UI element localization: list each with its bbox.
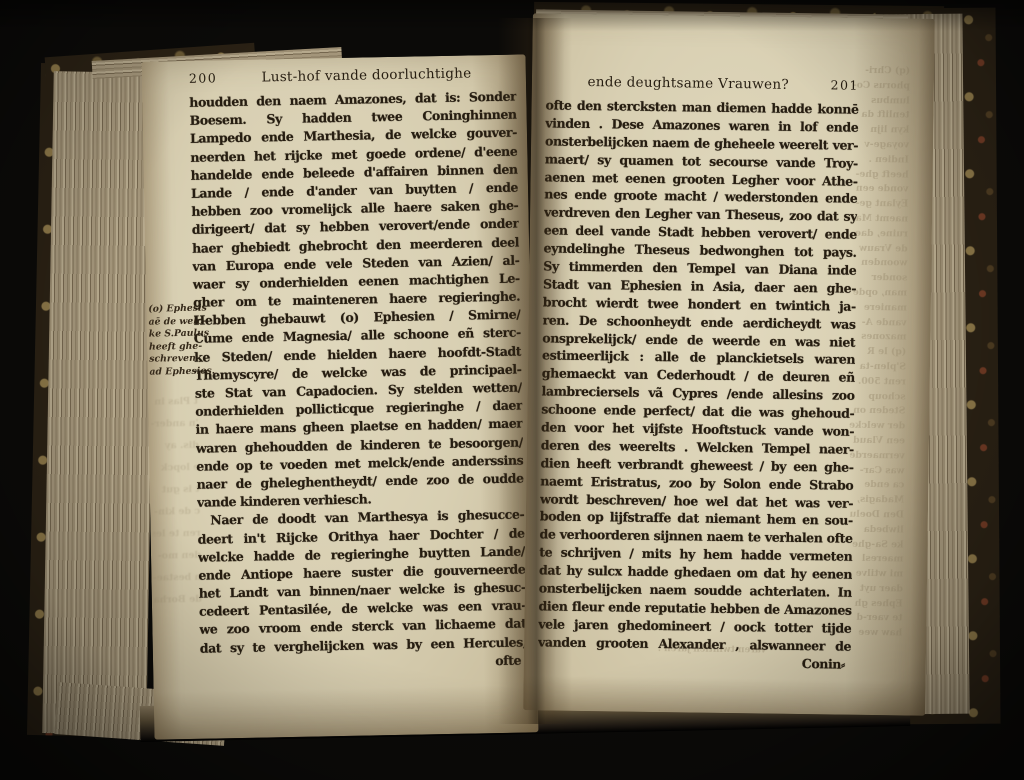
showthrough-fragment: ke Sa-ghe — [847, 537, 903, 553]
showthrough-fragment: phorus Co- — [854, 79, 910, 95]
showthrough-fragment: mazones — [850, 330, 906, 346]
showthrough-fragment: der welcke — [849, 419, 905, 435]
showthrough-fragment: Steden on — [849, 404, 905, 420]
showthrough-fragment: c de kin- — [152, 501, 200, 524]
showthrough-fragment: een Vlaud — [849, 434, 905, 450]
showthrough-fragment: lumbus — [854, 93, 910, 109]
running-header-left: 200 Lust-hof vande doorluchtighe — [189, 65, 516, 87]
showthrough-fragment: ren te les — [152, 523, 200, 546]
margin-note-ephesians: (o) Ephesisaē de welc-ke S.Paulusheeft g… — [148, 303, 195, 379]
showthrough-fragment: den mo- — [153, 545, 201, 568]
showthrough-fragment: vonde een — [852, 182, 908, 198]
showthrough-fragment: sonder — [851, 271, 907, 287]
body-text-left: houdden den naem Amazones, dat is: Sonde… — [189, 88, 527, 676]
showthrough-fragment: ca ende — [848, 478, 904, 494]
ink-showthrough-left-margin: t Plas in'n ander-dis. aye lopckt is gut… — [150, 391, 202, 612]
margin-note-line: schreven , — [149, 353, 195, 366]
showthrough-fragment: voyage-v — [853, 138, 909, 154]
showthrough-fragment: vande A- — [850, 315, 906, 331]
showthrough-fragment: kyn lijn — [853, 123, 909, 139]
showthrough-fragment: Madagis, — [848, 493, 904, 509]
running-title-right: ende deughtsame Vrauwen? — [546, 73, 831, 93]
showthrough-fragment: heeft ghe- — [853, 167, 909, 183]
showthrough-fragment: Indien . — [853, 152, 909, 168]
text-line: Conin⸗ — [538, 651, 851, 673]
showthrough-fragment: maniere — [851, 300, 907, 316]
showthrough-fragment: vermaerde — [849, 448, 905, 464]
showthrough-fragment: mi wtilve — [847, 567, 903, 583]
showthrough-fragment: te vaer-d — [846, 611, 902, 627]
showthrough-fragment: (q) le R — [850, 345, 906, 361]
margin-note-line: ke S.Paulus — [149, 328, 195, 341]
running-header-right: ende deughtsame Vrauwen? 201 — [546, 73, 859, 93]
margin-note-line: heeft ghe- — [149, 341, 195, 354]
showthrough-fragment: t is gut — [152, 479, 200, 502]
showthrough-fragment: de Borha — [154, 589, 202, 612]
showthrough-fragment: daer uyt — [847, 582, 903, 598]
showthrough-fragment: Den Doelu — [848, 508, 904, 524]
showthrough-fragment: ruine, dae — [852, 226, 908, 242]
margin-note-line: aē de welc- — [148, 315, 194, 328]
showthrough-fragment: dis. ay — [151, 435, 199, 458]
showthrough-fragment: liwbeda — [848, 522, 904, 538]
showthrough-fragment: haw wee — [846, 626, 902, 642]
showthrough-fragment: e lopck — [151, 457, 199, 480]
showthrough-fragment: Eylant ge- — [852, 197, 908, 213]
book-page-left: (o) Ephesisaē de welc-ke S.Paulusheeft g… — [142, 54, 539, 739]
showthrough-fragment: maeresl — [847, 552, 903, 568]
showthrough-fragment: n bestae- — [153, 567, 201, 590]
showthrough-fragment: woonden — [851, 256, 907, 272]
showthrough-fragment: 'n ander- — [150, 413, 198, 436]
showthrough-fragment: t Plas in — [150, 391, 198, 414]
margin-note-line: (o) Ephesis — [148, 303, 194, 316]
showthrough-fragment: schoup — [849, 389, 905, 405]
showthrough-fragment: (q) Chri- — [854, 64, 910, 80]
body-text-right: ofte den stercksten man diemen hadde kon… — [538, 96, 859, 673]
showthrough-fragment: naemt Ma- — [852, 212, 908, 228]
showthrough-fragment: man, opde — [851, 286, 907, 302]
showthrough-fragment: was Car- — [848, 463, 904, 479]
page-stack-fore-edge-left — [42, 71, 158, 735]
showthrough-fragment: tenlift da — [853, 108, 909, 124]
showthrough-fragment: de Vrauw — [852, 241, 908, 257]
book-photograph: (o) Ephesisaē de welc-ke S.Paulusheeft g… — [0, 0, 1024, 780]
margin-note-line: ad Ephesios. — [149, 366, 195, 379]
book-page-right: (q) Chri-phorus Co-lumbustenlift dakyn l… — [523, 13, 935, 716]
showthrough-fragment: S'plen-ta — [850, 360, 906, 376]
page-number-right: 201 — [830, 77, 859, 92]
page-number-left: 200 — [189, 70, 218, 86]
showthrough-fragment: Ephes gh — [847, 596, 903, 612]
running-title-left: Lust-hof vande doorluchtighe — [217, 65, 516, 87]
showthrough-fragment: rent 500. — [850, 374, 906, 390]
